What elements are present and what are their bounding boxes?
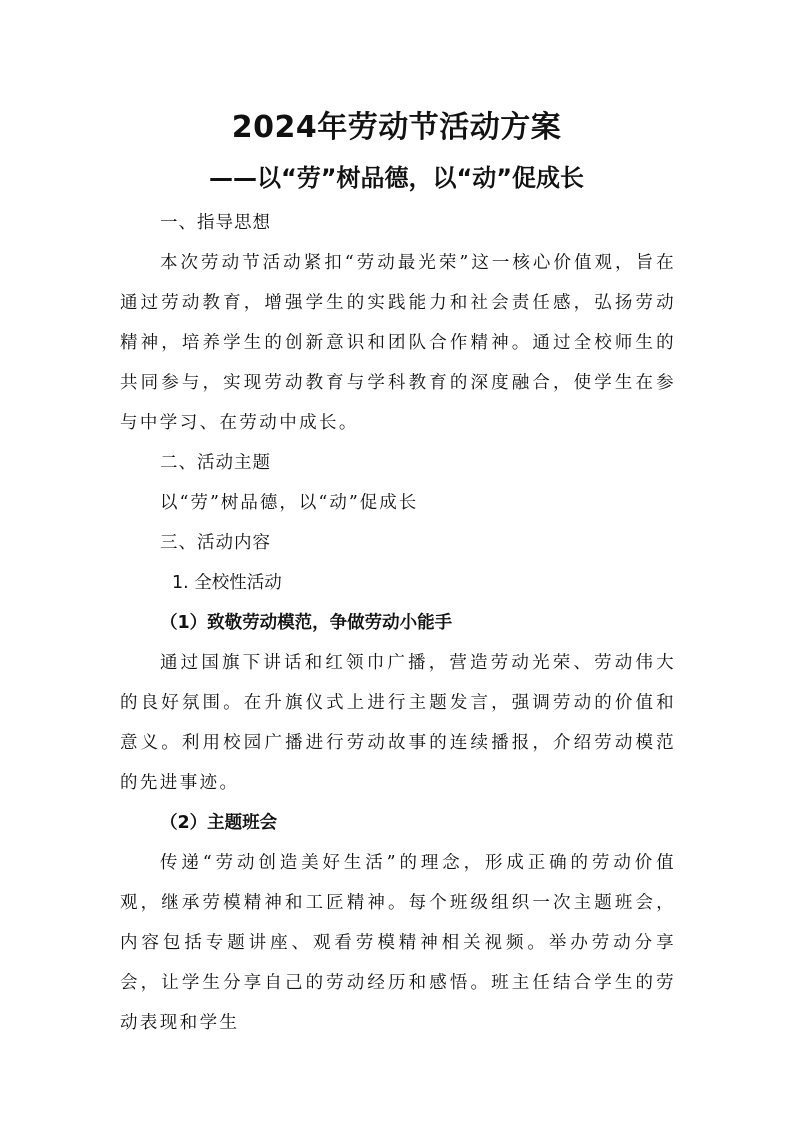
item-heading-class-meeting: （2）主题班会 bbox=[120, 803, 676, 843]
section-heading-activity-content: 三、活动内容 bbox=[120, 523, 676, 563]
section-heading-activity-theme: 二、活动主题 bbox=[120, 443, 676, 483]
item-paragraph-class-meeting: 传递“劳动创造美好生活”的理念，形成正确的劳动价值观，继承劳模精神和工匠精神。每… bbox=[120, 843, 676, 1043]
document-title: 2024年劳动节活动方案 bbox=[0, 108, 793, 148]
item-paragraph-labor-models: 通过国旗下讲话和红领巾广播，营造劳动光荣、劳动伟大的良好氛围。在升旗仪式上进行主… bbox=[120, 643, 676, 803]
subsection-heading-school-wide: 1. 全校性活动 bbox=[120, 563, 676, 603]
activity-theme-text: 以“劳”树品德，以“动”促成长 bbox=[120, 483, 676, 523]
document-page: 2024年劳动节活动方案 ——以“劳”树品德，以“动”促成长 一、指导思想 本次… bbox=[0, 0, 793, 1122]
document-subtitle: ——以“劳”树品德，以“动”促成长 bbox=[0, 160, 793, 196]
section-paragraph-guiding-ideology: 本次劳动节活动紧扣“劳动最光荣”这一核心价值观，旨在通过劳动教育，增强学生的实践… bbox=[120, 243, 676, 443]
item-heading-labor-models: （1）致敬劳动模范，争做劳动小能手 bbox=[120, 603, 676, 643]
section-heading-guiding-ideology: 一、指导思想 bbox=[120, 203, 676, 243]
document-body: 一、指导思想 本次劳动节活动紧扣“劳动最光荣”这一核心价值观，旨在通过劳动教育，… bbox=[120, 203, 676, 1043]
